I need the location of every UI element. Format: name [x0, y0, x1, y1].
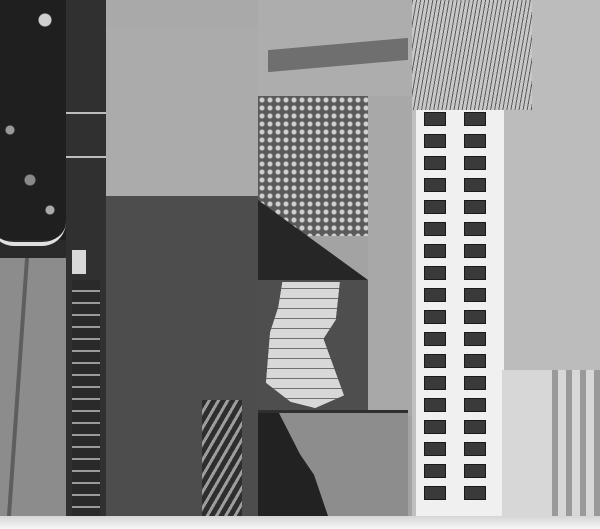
window	[464, 398, 486, 412]
window	[424, 222, 446, 236]
stair-shadow	[202, 400, 242, 516]
window	[464, 442, 486, 456]
window	[464, 222, 486, 236]
window	[424, 376, 446, 390]
window	[464, 486, 486, 500]
window	[424, 310, 446, 324]
bare-tree	[412, 0, 532, 110]
strip-street-scene	[66, 0, 106, 516]
strip-concrete-panels	[106, 0, 258, 516]
window	[464, 178, 486, 192]
road-marking	[66, 112, 106, 114]
photo-collage: Grayscale photo collage of five vertical…	[0, 0, 600, 529]
window	[424, 266, 446, 280]
window	[424, 112, 446, 126]
window	[464, 200, 486, 214]
railing	[72, 280, 100, 516]
window	[464, 288, 486, 302]
facade-column	[566, 370, 572, 516]
road-marking	[66, 156, 106, 158]
window	[424, 354, 446, 368]
window	[424, 244, 446, 258]
strip-building-facade	[412, 0, 600, 516]
facade-column	[552, 370, 558, 516]
window	[424, 398, 446, 412]
window	[424, 200, 446, 214]
planter-rim	[0, 222, 66, 246]
window	[464, 332, 486, 346]
window	[464, 420, 486, 434]
scan-margin	[0, 516, 600, 529]
window	[464, 376, 486, 390]
window	[424, 486, 446, 500]
window	[424, 134, 446, 148]
building-wing	[502, 370, 600, 516]
strip-foliage-planter	[0, 0, 66, 516]
road-marking	[72, 250, 86, 274]
strip-hedge-brick-wall	[258, 0, 412, 516]
building-facade	[416, 80, 504, 516]
window	[424, 156, 446, 170]
window	[424, 332, 446, 346]
window	[464, 134, 486, 148]
window	[464, 354, 486, 368]
facade-column	[594, 370, 600, 516]
window	[424, 464, 446, 478]
facade-column	[580, 370, 586, 516]
window	[464, 464, 486, 478]
wall-side	[368, 96, 412, 416]
window	[464, 156, 486, 170]
window	[464, 310, 486, 324]
window	[464, 244, 486, 258]
window	[424, 178, 446, 192]
window	[464, 112, 486, 126]
window	[424, 288, 446, 302]
concrete-top	[106, 0, 258, 28]
concrete-light-panel	[106, 28, 258, 196]
window	[464, 266, 486, 280]
window	[424, 420, 446, 434]
window	[424, 442, 446, 456]
foliage	[0, 0, 66, 240]
